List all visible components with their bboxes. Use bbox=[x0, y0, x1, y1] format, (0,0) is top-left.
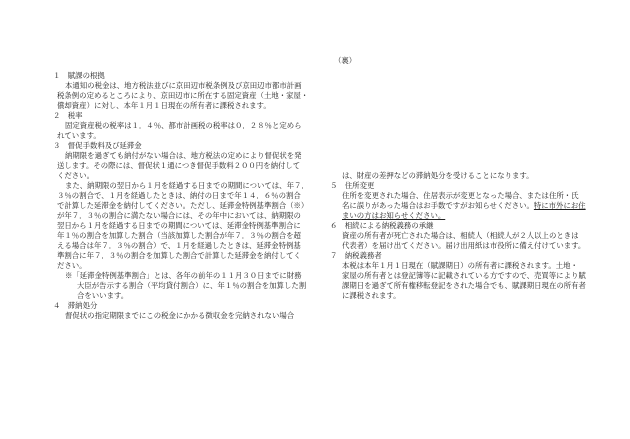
left-column-line: ４ 滞納処分 bbox=[53, 301, 97, 310]
right-column-line: 資産の所有者が死亡された場合は、相続人（相続人が２人以上のときは bbox=[342, 231, 579, 240]
left-column-line: 合をいいます。 bbox=[77, 291, 128, 300]
line-text: 住所を変更された場合、住居表示が変更となった場合、または住所・氏 bbox=[342, 191, 579, 200]
right-column-line: 家屋の所有者とは登記簿等に記載されている方ですので、売買等により賦 bbox=[342, 271, 586, 280]
line-text: また、納期限の翌日から１月を経過する日までの期間については、年７． bbox=[65, 181, 309, 190]
line-text: ３ 督促手数料及び延滞金 bbox=[53, 141, 142, 150]
line-text: 翌日から１月を経過する日までの期間については、延滞金特例基準割合に bbox=[57, 221, 301, 230]
line-text: 本税は本年１月１日現在（賦課期日）の所有者に課税されます。土地・ bbox=[342, 261, 578, 270]
line-text: 課期日を過ぎて所有権移転登記をされた場合でも、賦課期日現在の所有者 bbox=[342, 281, 586, 290]
line-text: 固定資産税の税率は１．４％、都市計画税の税率は０．２８％と定めら bbox=[65, 121, 302, 130]
right-column-line: 名に誤りがあった場合はお手数ですがお知らせください。特に市外にお住 bbox=[342, 201, 586, 210]
right-column-line: ６ 相続による納税義務の承継 bbox=[330, 221, 433, 230]
line-text: で計算した延滞金を納付してください。ただし、延滞金特例基準割合（※） bbox=[57, 201, 308, 210]
left-column-line: ※「延滞金特例基準割合」とは、各年の前年の１１月３０日までに財務 bbox=[65, 271, 302, 280]
left-column-line: 準割合に年７．３％の割合を加算した割合で計算した延滞金を納付してく bbox=[57, 251, 301, 260]
line-text: れています。 bbox=[57, 131, 101, 140]
line-text: 代表者）を届け出てください。届け出用紙は市役所に備え付けています。 bbox=[342, 241, 585, 250]
line-text: 納期限を過ぎても納付がない場合は、地方税法の定めにより督促状を発 bbox=[65, 151, 302, 160]
line-text: 合をいいます。 bbox=[77, 291, 128, 300]
left-column-line: 固定資産税の税率は１．４％、都市計画税の税率は０．２８％と定めら bbox=[65, 121, 302, 130]
left-column-line: 納期限を過ぎても納付がない場合は、地方税法の定めにより督促状を発 bbox=[65, 151, 302, 160]
left-column-line: 督促状の指定期限までにこの税金にかかる徴収金を完納されない場合 bbox=[65, 311, 294, 320]
right-column-line: 代表者）を届け出てください。届け出用紙は市役所に備え付けています。 bbox=[342, 241, 585, 250]
left-column-line: １ 賦課の根拠 bbox=[53, 71, 105, 80]
left-column-line: れています。 bbox=[57, 131, 101, 140]
right-column-line: は、財産の差押などの滞納処分を受けることになります。 bbox=[342, 171, 534, 180]
line-text: 本通知の税金は、地方税法並びに京田辺市税条例及び京田辺市都市計画 bbox=[65, 81, 302, 90]
line-text: 税条例の定めるところにより、京田辺市に所在する固定資産（土地・家屋・ bbox=[57, 91, 308, 100]
left-column-line: 送します。その際には、督促状１通につき督促手数料２００円を納付して bbox=[57, 161, 300, 170]
line-text: ６ 相続による納税義務の承継 bbox=[330, 221, 433, 230]
left-column-line: また、納期限の翌日から１月を経過する日までの期間については、年７． bbox=[65, 181, 309, 190]
line-text: 資産の所有者が死亡された場合は、相続人（相続人が２人以上のときは bbox=[342, 231, 579, 240]
line-text: ４ 滞納処分 bbox=[53, 301, 97, 310]
left-column-line: ２ 税率 bbox=[53, 111, 83, 120]
line-text: ７ 納税義務者 bbox=[330, 251, 382, 260]
line-text: える場合は年７．３％の割合）で、１月を経過したときは、延滞金特例基 bbox=[57, 241, 301, 250]
right-column-line: 課期日を過ぎて所有権移転登記をされた場合でも、賦課期日現在の所有者 bbox=[342, 281, 586, 290]
line-text: 準割合に年７．３％の割合を加算した割合で計算した延滞金を納付してく bbox=[57, 251, 301, 260]
line-text: 年１％の割合を加算した割合（当該加算した割合が年７．３％の割合を超 bbox=[57, 231, 301, 240]
left-column-line: で計算した延滞金を納付してください。ただし、延滞金特例基準割合（※） bbox=[57, 201, 308, 210]
line-text: は、財産の差押などの滞納処分を受けることになります。 bbox=[342, 171, 534, 180]
line-text: 送します。その際には、督促状１通につき督促手数料２００円を納付して bbox=[57, 161, 300, 170]
underlined-notice: 特に市外にお住 bbox=[534, 201, 586, 210]
right-column-line: まいの方はお知らせください。 bbox=[342, 211, 445, 220]
left-column-line: える場合は年７．３％の割合）で、１月を経過したときは、延滞金特例基 bbox=[57, 241, 301, 250]
line-text: １ 賦課の根拠 bbox=[53, 71, 105, 80]
line-text: が年７．３％の割合に満たない場合には、その年中においては、納期限の bbox=[57, 211, 301, 220]
left-column-line: 大臣が告示する割合（平均貸付割合）に、年１％の割合を加算した割 bbox=[77, 281, 306, 290]
right-column-line: ５ 住所変更 bbox=[330, 181, 374, 190]
left-column-line: 年１％の割合を加算した割合（当該加算した割合が年７．３％の割合を超 bbox=[57, 231, 301, 240]
left-column-line: が年７．３％の割合に満たない場合には、その年中においては、納期限の bbox=[57, 211, 301, 220]
left-column-line: ください。 bbox=[57, 171, 94, 180]
line-text: 名に誤りがあった場合はお手数ですがお知らせください。 bbox=[342, 201, 534, 210]
line-text: ださい。 bbox=[57, 261, 87, 270]
left-column-line: ３％の割合で、１月を経過したときは、納付の日まで年１４．６％の割合 bbox=[57, 191, 301, 200]
line-text: ３％の割合で、１月を経過したときは、納付の日まで年１４．６％の割合 bbox=[57, 191, 301, 200]
right-column-line: 本税は本年１月１日現在（賦課期日）の所有者に課税されます。土地・ bbox=[342, 261, 578, 270]
left-column-line: 税条例の定めるところにより、京田辺市に所在する固定資産（土地・家屋・ bbox=[57, 91, 308, 100]
right-column-line: 住所を変更された場合、住居表示が変更となった場合、または住所・氏 bbox=[342, 191, 579, 200]
left-column-line: 償却資産）に対し、本年１月１日現在の所有者に課税されます。 bbox=[57, 101, 271, 110]
line-text: ください。 bbox=[57, 171, 94, 180]
line-text: 償却資産）に対し、本年１月１日現在の所有者に課税されます。 bbox=[57, 101, 271, 110]
right-column-line: ７ 納税義務者 bbox=[330, 251, 382, 260]
left-column-line: ３ 督促手数料及び延滞金 bbox=[53, 141, 142, 150]
left-column-line: ださい。 bbox=[57, 261, 87, 270]
right-column-line: に課税されます。 bbox=[342, 291, 401, 300]
line-text: ※「延滞金特例基準割合」とは、各年の前年の１１月３０日までに財務 bbox=[65, 271, 302, 280]
page-side-label: （裏） bbox=[334, 55, 356, 66]
left-column-line: 翌日から１月を経過する日までの期間については、延滞金特例基準割合に bbox=[57, 221, 301, 230]
line-text: ５ 住所変更 bbox=[330, 181, 374, 190]
line-text: ２ 税率 bbox=[53, 111, 83, 120]
line-text: 督促状の指定期限までにこの税金にかかる徴収金を完納されない場合 bbox=[65, 311, 294, 320]
line-text: 家屋の所有者とは登記簿等に記載されている方ですので、売買等により賦 bbox=[342, 271, 586, 280]
underlined-notice: まいの方はお知らせください。 bbox=[342, 211, 445, 220]
left-column-line: 本通知の税金は、地方税法並びに京田辺市税条例及び京田辺市都市計画 bbox=[65, 81, 302, 90]
line-text: に課税されます。 bbox=[342, 291, 401, 300]
line-text: 大臣が告示する割合（平均貸付割合）に、年１％の割合を加算した割 bbox=[77, 281, 306, 290]
